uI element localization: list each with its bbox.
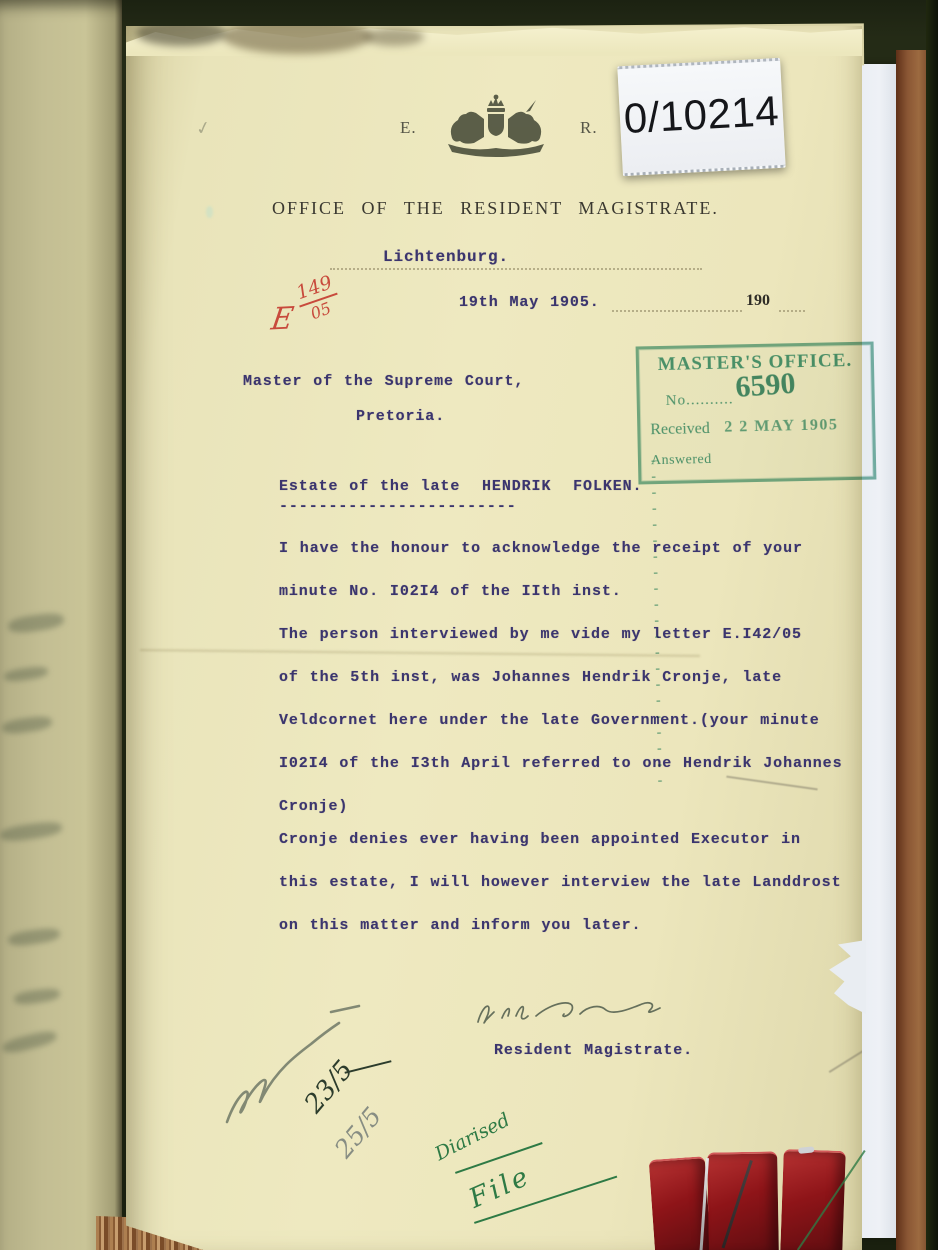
- place-rule: [330, 268, 702, 270]
- recipient-line-2: Pretoria.: [356, 408, 445, 425]
- year-rule: [779, 310, 805, 312]
- subject-line: Estate of the late HENDRIK FOLKEN.: [279, 478, 642, 495]
- clip-face: [707, 1151, 779, 1250]
- stamp-answered-label: Answered: [651, 452, 712, 469]
- page-crease: [140, 649, 700, 657]
- office-title: OFFICE OF THE RESIDENT MAGISTRATE.: [272, 198, 719, 219]
- clip-face: [780, 1149, 846, 1250]
- body-line: I02I4 of the I3th April referred to one …: [279, 755, 842, 772]
- left-book-page: [0, 0, 122, 1250]
- printed-year: 190: [746, 292, 770, 310]
- body-line: this estate, I will however interview th…: [279, 874, 841, 891]
- royal-cipher-r: R.: [580, 118, 598, 138]
- typed-date: 19th May 1905.: [459, 294, 600, 311]
- stamp-received-label: Received: [650, 420, 710, 439]
- body-line: of the 5th inst, was Johannes Hendrik Cr…: [279, 669, 782, 686]
- body-line: The person interviewed by me vide my let…: [279, 626, 802, 643]
- body-line: Cronje): [279, 798, 348, 815]
- place-name: Lichtenburg.: [383, 248, 509, 266]
- bleedthrough-mark: [0, 820, 63, 843]
- paper-speck: [206, 206, 213, 218]
- bleedthrough-mark: [1, 715, 52, 736]
- binder-clip: [646, 1142, 876, 1250]
- bleedthrough-mark: [7, 926, 60, 947]
- archive-reference-number: 0/10214: [623, 87, 781, 143]
- image-right-edge: [926, 0, 938, 1250]
- received-stamp: MASTER'S OFFICE. No.......... 6590 Recei…: [636, 342, 877, 485]
- royal-cipher-e: E.: [400, 118, 417, 138]
- archive-photo: E. R. OFFICE OF THE RESIDENT MAGISTRATE.…: [0, 0, 938, 1250]
- red-ref-prefix: E: [269, 301, 296, 338]
- red-ink-reference: E14905: [267, 274, 341, 338]
- signature-title: Resident Magistrate.: [494, 1042, 693, 1059]
- archive-label: 0/10214: [617, 58, 786, 176]
- bleedthrough-mark: [1, 1029, 58, 1056]
- pencil-scratch: [726, 776, 817, 791]
- stamp-number: 6590: [734, 367, 796, 405]
- bleedthrough-mark: [7, 611, 65, 635]
- pencil-scratch: [829, 1049, 866, 1073]
- stain: [136, 20, 226, 46]
- stain: [222, 18, 372, 54]
- stain: [364, 28, 424, 46]
- body-line: minute No. I02I4 of the IIth inst.: [279, 583, 622, 600]
- body-line: I have the honour to acknowledge the rec…: [279, 540, 803, 557]
- body-line: on this matter and inform you later.: [279, 917, 641, 934]
- subject-underline: ------------------------: [279, 498, 517, 515]
- royal-coat-of-arms-icon: [438, 92, 554, 158]
- check-mark: ✓: [194, 117, 213, 141]
- bleedthrough-mark: [13, 987, 60, 1006]
- bleedthrough-mark: [3, 665, 48, 683]
- body-line: Veldcornet here under the late Governmen…: [279, 712, 820, 729]
- recipient-line-1: Master of the Supreme Court,: [243, 373, 524, 390]
- body-line: Cronje denies ever having been appointed…: [279, 831, 801, 848]
- letter-page: E. R. OFFICE OF THE RESIDENT MAGISTRATE.…: [126, 26, 862, 1250]
- date-rule: [612, 310, 742, 312]
- stamp-no-label: No..........: [666, 391, 734, 409]
- stamp-received-date: 2 2 MAY 1905: [724, 416, 839, 436]
- magistrate-signature: [470, 992, 675, 1036]
